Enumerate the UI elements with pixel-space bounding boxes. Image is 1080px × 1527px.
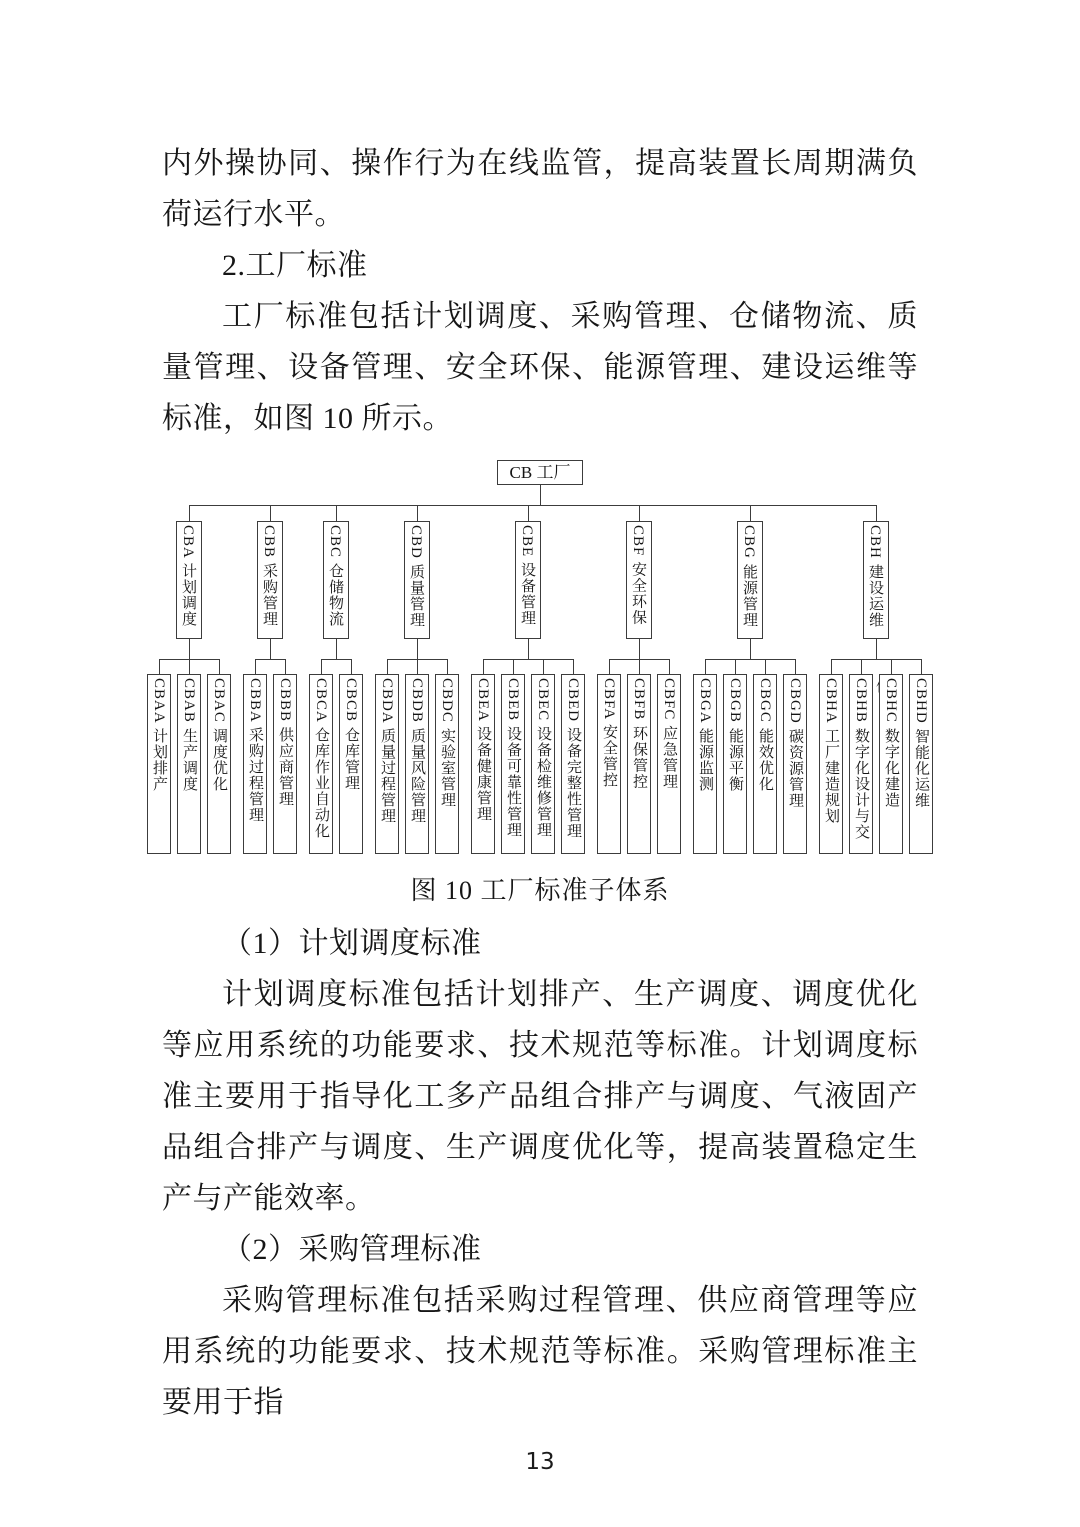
connector-line [189, 639, 190, 659]
org-branch-node: CBE 设备管理 [515, 521, 541, 639]
connector-line [270, 639, 271, 659]
paragraph-continuation: 内外操协同、操作行为在线监管，提高装置长周期满负荷运行水平。 [162, 138, 918, 240]
org-leaf-wrap: CBHD 智能化运维 [906, 659, 936, 854]
org-leaf-wrap: CBHC 数字化建造 [876, 659, 906, 854]
paragraph-plan-scheduling: 计划调度标准包括计划排产、生产调度、调度优化等应用系统的功能要求、技术规范等标准… [162, 969, 918, 1224]
org-leaf-wrap: CBED 设备完整性管理 [558, 659, 588, 854]
org-leaf-node: CBAB 生产调度 [177, 674, 201, 854]
document-page: 内外操协同、操作行为在线监管，提高装置长周期满负荷运行水平。 2.工厂标准 工厂… [0, 0, 1080, 1527]
page-content: 内外操协同、操作行为在线监管，提高装置长周期满负荷运行水平。 2.工厂标准 工厂… [0, 0, 1080, 1428]
connector-line [639, 639, 640, 659]
org-leaf-wrap: CBBA 采购过程管理 [240, 659, 270, 854]
connector-line [528, 639, 529, 659]
org-leaf-node: CBED 设备完整性管理 [561, 674, 585, 854]
subsection-heading-1: （1）计划调度标准 [162, 918, 918, 969]
org-leaf-wrap: CBDB 质量风险管理 [402, 659, 432, 854]
org-leaf-wrap: CBGA 能源监测 [690, 659, 720, 854]
org-leaf-node: CBGD 碳资源管理 [783, 674, 807, 854]
org-leaf-wrap: CBCA 仓库作业自动化 [306, 659, 336, 854]
org-group-children: CBEA 设备健康管理CBEB 设备可靠性管理CBEC 设备检维修管理CBED … [468, 659, 588, 854]
connector-line [336, 639, 337, 659]
org-group: CBG 能源管理CBGA 能源监测CBGB 能源平衡CBGC 能效优化CBGD … [687, 505, 813, 854]
org-group: CBE 设备管理CBEA 设备健康管理CBEB 设备可靠性管理CBEC 设备检维… [465, 505, 591, 854]
subsection-heading-2: （2）采购管理标准 [162, 1224, 918, 1275]
org-leaf-wrap: CBBB 供应商管理 [270, 659, 300, 854]
org-branch-node: CBG 能源管理 [737, 521, 763, 639]
org-leaf-wrap: CBAA 计划排产 [144, 659, 174, 854]
org-leaf-wrap: CBGB 能源平衡 [720, 659, 750, 854]
org-leaf-node: CBHA 工厂建造规划 [819, 674, 843, 854]
connector-line [540, 485, 541, 505]
org-group-children: CBDA 质量过程管理CBDB 质量风险管理CBDC 实验室管理 [372, 659, 462, 854]
org-leaf-node: CBEA 设备健康管理 [471, 674, 495, 854]
org-group-children: CBBA 采购过程管理CBBB 供应商管理 [240, 659, 300, 854]
org-group: CBF 安全环保CBFA 安全管控CBFB 环保管控CBFC 应急管理 [591, 505, 687, 854]
org-leaf-node: CBGB 能源平衡 [723, 674, 747, 854]
org-branch-node: CBH 建设运维 [863, 521, 889, 639]
org-leaf-node: CBDB 质量风险管理 [405, 674, 429, 854]
org-leaf-node: CBDA 质量过程管理 [375, 674, 399, 854]
org-leaf-node: CBEB 设备可靠性管理 [501, 674, 525, 854]
org-group: CBD 质量管理CBDA 质量过程管理CBDB 质量风险管理CBDC 实验室管理 [369, 505, 465, 854]
org-branch-node: CBF 安全环保 [626, 521, 652, 639]
org-group-children: CBFA 安全管控CBFB 环保管控CBFC 应急管理 [594, 659, 684, 854]
page-number: 13 [0, 1449, 1080, 1475]
org-leaf-wrap: CBHA 工厂建造规划 [816, 659, 846, 854]
org-leaf-wrap: CBEB 设备可靠性管理 [498, 659, 528, 854]
org-leaf-node: CBHC 数字化建造 [879, 674, 903, 854]
org-leaf-wrap: CBGC 能效优化 [750, 659, 780, 854]
org-leaf-wrap: CBAC 调度优化 [204, 659, 234, 854]
org-group-children: CBCA 仓库作业自动化CBCB 仓库管理 [306, 659, 366, 854]
org-group: CBB 采购管理CBBA 采购过程管理CBBB 供应商管理 [237, 505, 303, 854]
org-leaf-node: CBDC 实验室管理 [435, 674, 459, 854]
org-leaf-node: CBBA 采购过程管理 [243, 674, 267, 854]
org-leaf-wrap: CBCB 仓库管理 [336, 659, 366, 854]
org-group: CBC 仓储物流CBCA 仓库作业自动化CBCB 仓库管理 [303, 505, 369, 854]
org-leaf-node: CBGA 能源监测 [693, 674, 717, 854]
org-leaf-wrap: CBEA 设备健康管理 [468, 659, 498, 854]
org-leaf-wrap: CBEC 设备检维修管理 [528, 659, 558, 854]
org-leaf-node: CBHB 数字化设计与交付 [849, 674, 873, 854]
connector-line [750, 639, 751, 659]
org-leaf-node: CBCA 仓库作业自动化 [309, 674, 333, 854]
org-leaf-wrap: CBFC 应急管理 [654, 659, 684, 854]
org-leaf-wrap: CBGD 碳资源管理 [780, 659, 810, 854]
org-group: CBA 计划调度CBAA 计划排产CBAB 生产调度CBAC 调度优化 [141, 505, 237, 854]
org-chart-groups: CBA 计划调度CBAA 计划排产CBAB 生产调度CBAC 调度优化CBB 采… [141, 505, 939, 854]
org-root-node: CB 工厂 [497, 460, 584, 485]
org-leaf-wrap: CBFA 安全管控 [594, 659, 624, 854]
org-leaf-node: CBFA 安全管控 [597, 674, 621, 854]
org-leaf-wrap: CBAB 生产调度 [174, 659, 204, 854]
figure-10: CB 工厂CBA 计划调度CBAA 计划排产CBAB 生产调度CBAC 调度优化… [162, 460, 918, 908]
org-branch-node: CBB 采购管理 [257, 521, 283, 639]
org-leaf-node: CBEC 设备检维修管理 [531, 674, 555, 854]
org-group-children: CBAA 计划排产CBAB 生产调度CBAC 调度优化 [144, 659, 234, 854]
org-leaf-wrap: CBFB 环保管控 [624, 659, 654, 854]
org-leaf-node: CBAA 计划排产 [147, 674, 171, 854]
org-group-children: CBHA 工厂建造规划CBHB 数字化设计与交付CBHC 数字化建造CBHD 智… [816, 659, 936, 854]
org-leaf-node: CBBB 供应商管理 [273, 674, 297, 854]
org-leaf-node: CBHD 智能化运维 [909, 674, 933, 854]
org-leaf-node: CBCB 仓库管理 [339, 674, 363, 854]
org-leaf-wrap: CBHB 数字化设计与交付 [846, 659, 876, 854]
org-group-children: CBGA 能源监测CBGB 能源平衡CBGC 能效优化CBGD 碳资源管理 [690, 659, 810, 854]
org-leaf-node: CBFB 环保管控 [627, 674, 651, 854]
paragraph-factory-standard: 工厂标准包括计划调度、采购管理、仓储物流、质量管理、设备管理、安全环保、能源管理… [162, 291, 918, 444]
paragraph-procurement: 采购管理标准包括采购过程管理、供应商管理等应用系统的功能要求、技术规范等标准。采… [162, 1275, 918, 1428]
org-chart: CB 工厂CBA 计划调度CBAA 计划排产CBAB 生产调度CBAC 调度优化… [162, 460, 918, 854]
section-heading: 2.工厂标准 [162, 240, 918, 291]
org-leaf-node: CBFC 应急管理 [657, 674, 681, 854]
org-branch-node: CBA 计划调度 [176, 521, 202, 639]
org-branch-node: CBC 仓储物流 [323, 521, 349, 639]
org-leaf-wrap: CBDA 质量过程管理 [372, 659, 402, 854]
org-leaf-node: CBAC 调度优化 [207, 674, 231, 854]
connector-line [417, 639, 418, 659]
figure-caption: 图 10 工厂标准子体系 [162, 874, 918, 908]
org-leaf-node: CBGC 能效优化 [753, 674, 777, 854]
org-group: CBH 建设运维CBHA 工厂建造规划CBHB 数字化设计与交付CBHC 数字化… [813, 505, 939, 854]
connector-line [876, 639, 877, 659]
org-branch-node: CBD 质量管理 [404, 521, 430, 639]
org-leaf-wrap: CBDC 实验室管理 [432, 659, 462, 854]
